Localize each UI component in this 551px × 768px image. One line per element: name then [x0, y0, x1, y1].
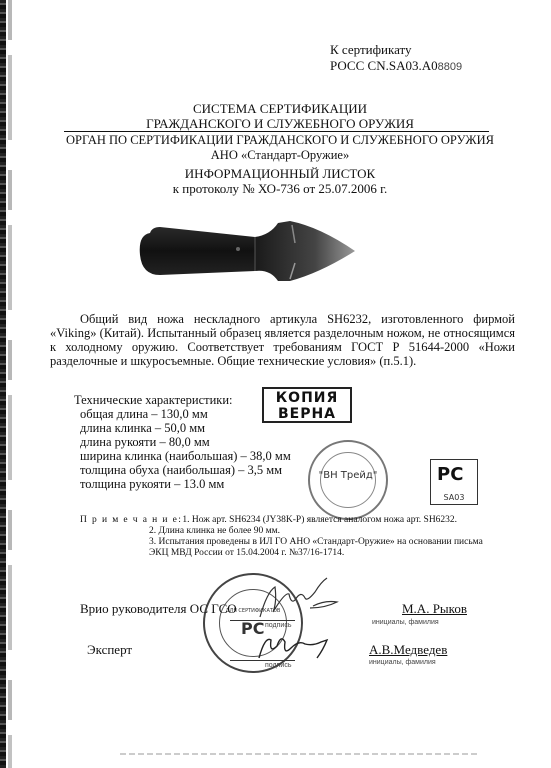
- document-title: ИНФОРМАЦИОННЫЙ ЛИСТОК к протоколу № ХО-7…: [40, 166, 520, 196]
- header-divider: [64, 131, 489, 132]
- description-text: Общий вид ножа нескладного артикула SH62…: [50, 312, 515, 368]
- description-paragraph: Общий вид ножа нескладного артикула SH62…: [50, 312, 515, 368]
- certificate-number-suffix: 8809: [438, 61, 462, 73]
- organ-heading-line2: АНО «Стандарт-Оружие»: [40, 148, 520, 163]
- protocol-reference: к протоколу № ХО-736 от 25.07.2006 г.: [40, 181, 520, 196]
- handwritten-signature-1: [255, 572, 345, 622]
- spec-item: ширина клинка (наибольшая) – 38,0 мм: [80, 449, 291, 463]
- notes-section: П р и м е ч а н и е:1. Нож арт. SH6234 (…: [80, 515, 483, 559]
- copy-stamp-line2: ВЕРНА: [264, 406, 350, 422]
- technical-specs: Технические характеристики: общая длина …: [74, 393, 291, 491]
- handwritten-signature-2: [255, 628, 335, 664]
- note-item: 2. Длина клинка не более 90 мм.: [80, 526, 483, 537]
- rst-certification-mark: РС SA03: [430, 459, 478, 505]
- signatory-role-2: Эксперт: [87, 642, 132, 658]
- copy-verified-stamp: КОПИЯ ВЕРНА: [262, 387, 352, 423]
- spec-item: толщина рукояти – 13.0 мм: [80, 477, 291, 491]
- signatory-name-2: А.В.Медведев: [369, 642, 447, 658]
- spec-item: общая длина – 130,0 мм: [80, 407, 291, 421]
- spec-item: длина клинка – 50,0 мм: [80, 421, 291, 435]
- name-caption-1: инициалы, фамилия: [372, 619, 439, 626]
- rst-logo-icon: РС: [437, 464, 463, 485]
- note-item: 1. Нож арт. SH6234 (JY38K-P) является ан…: [182, 515, 457, 525]
- company-seal-stamp: "ВН Трейд": [308, 440, 388, 520]
- rst-code: SA03: [431, 493, 477, 502]
- name-caption-2: инициалы, фамилия: [369, 659, 436, 666]
- copy-stamp-line1: КОПИЯ: [264, 390, 350, 406]
- certificate-ref-label: К сертификату: [330, 42, 462, 58]
- signatory-name-1: М.А. Рыков: [402, 601, 467, 617]
- system-heading-line1: СИСТЕМА СЕРТИФИКАЦИИ: [40, 101, 520, 116]
- spec-item: длина рукояти – 80,0 мм: [80, 435, 291, 449]
- certificate-number: РОСС CN.SA03.А08809: [330, 58, 462, 75]
- note-item: ЭКЦ МВД России от 15.04.2004 г. №37/16-1…: [80, 548, 483, 559]
- spec-item: толщина обуха (наибольшая) – 3,5 мм: [80, 463, 291, 477]
- notes-label: П р и м е ч а н и е:: [80, 515, 182, 525]
- specs-title: Технические характеристики:: [74, 393, 291, 407]
- organ-heading-line1: ОРГАН ПО СЕРТИФИКАЦИИ ГРАЖДАНСКОГО И СЛУ…: [40, 133, 520, 148]
- certificate-reference: К сертификату РОСС CN.SA03.А08809: [330, 42, 462, 75]
- scan-edge-artifact: [0, 0, 6, 768]
- organ-heading: ОРГАН ПО СЕРТИФИКАЦИИ ГРАЖДАНСКОГО И СЛУ…: [40, 133, 520, 163]
- note-item: 3. Испытания проведены в ИЛ ГО АНО «Стан…: [80, 537, 483, 548]
- knife-photo: [130, 215, 400, 290]
- scan-edge-artifact-inner: [8, 0, 12, 768]
- signatory-role-1: Врио руководителя ОС ГСО: [80, 601, 237, 617]
- system-heading-line2: ГРАЖДАНСКОГО И СЛУЖЕБНОГО ОРУЖИЯ: [40, 116, 520, 131]
- certificate-number-prefix: РОСС CN.SA03.А0: [330, 58, 438, 73]
- system-heading: СИСТЕМА СЕРТИФИКАЦИИ ГРАЖДАНСКОГО И СЛУЖ…: [40, 101, 520, 131]
- scan-footer-artifact: [120, 753, 480, 755]
- company-seal-name: "ВН Трейд": [310, 470, 386, 481]
- specs-list: общая длина – 130,0 мм длина клинка – 50…: [74, 407, 291, 491]
- document-heading: ИНФОРМАЦИОННЫЙ ЛИСТОК: [40, 166, 520, 181]
